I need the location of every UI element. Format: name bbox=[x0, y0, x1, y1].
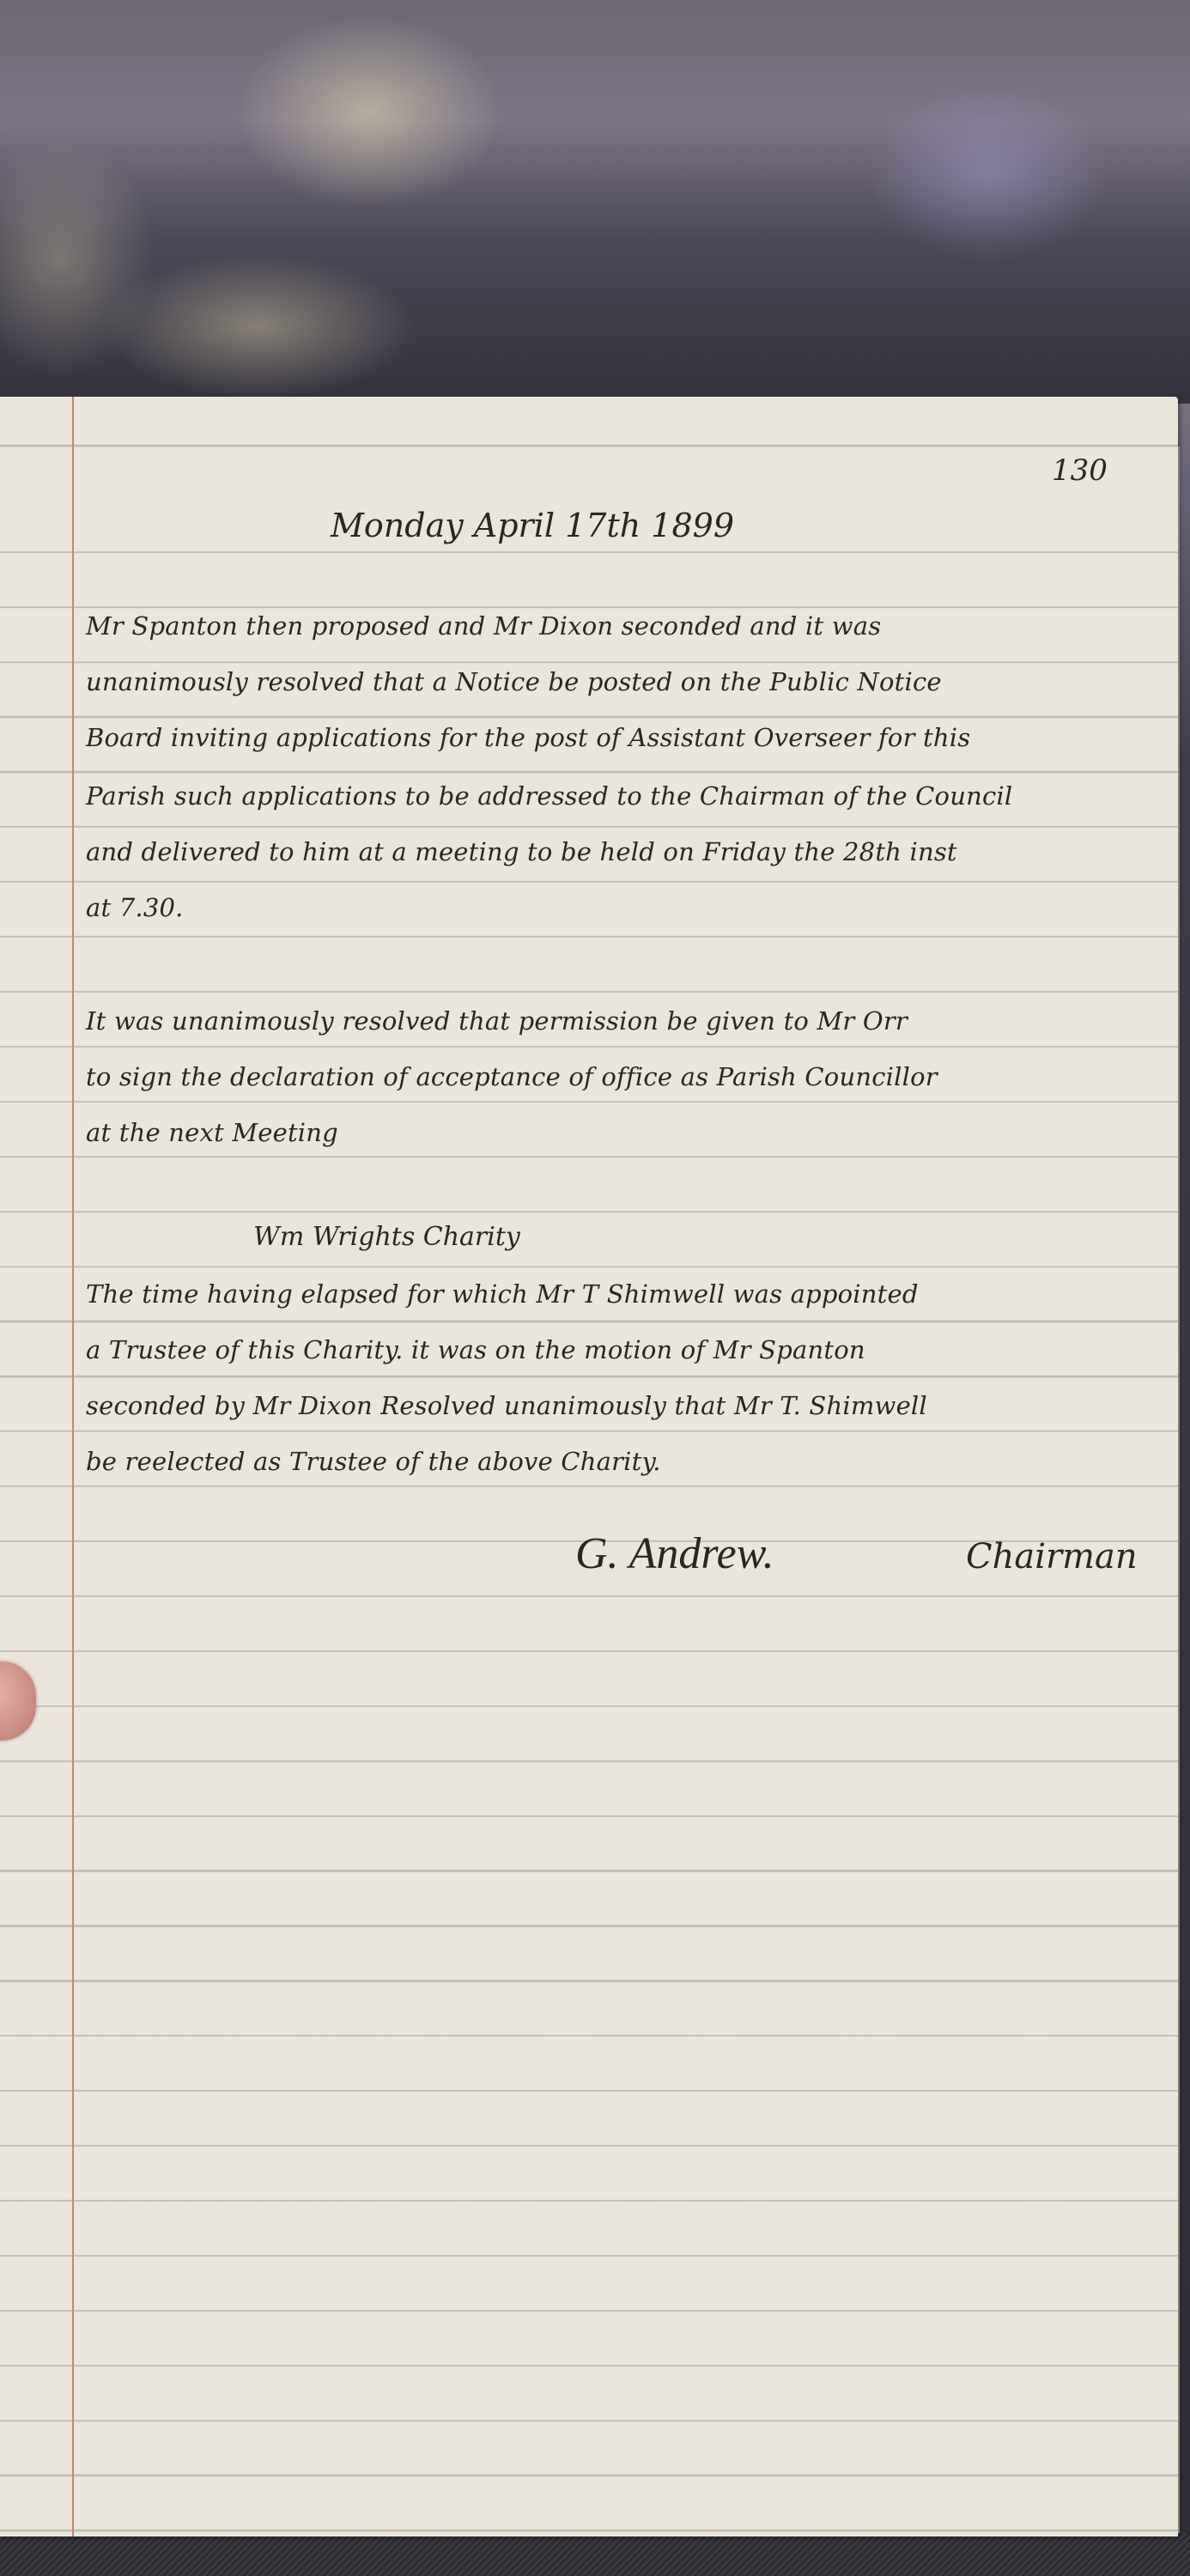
minute-line: and delivered to him at a meeting to be … bbox=[86, 837, 957, 866]
page-number: 130 bbox=[1052, 453, 1108, 488]
minute-line: be reelected as Trustee of the above Cha… bbox=[86, 1447, 661, 1476]
background-fabric-bottom bbox=[0, 2533, 1190, 2576]
signature-title: Chairman bbox=[966, 1537, 1138, 1577]
minute-line: Board inviting applications for the post… bbox=[86, 723, 970, 752]
section-heading: Wm Wrights Charity bbox=[253, 1222, 520, 1252]
minute-line: Parish such applications to be addressed… bbox=[86, 781, 1012, 811]
minute-line: at 7.30. bbox=[86, 893, 184, 922]
minute-line: to sign the declaration of acceptance of… bbox=[86, 1062, 938, 1091]
minute-line: unanimously resolved that a Notice be po… bbox=[86, 667, 942, 696]
minute-line: Mr Spanton then proposed and Mr Dixon se… bbox=[86, 611, 881, 641]
red-margin-line bbox=[72, 397, 74, 2537]
minute-line: at the next Meeting bbox=[86, 1118, 338, 1147]
chairman-signature: G. Andrew. bbox=[575, 1528, 774, 1579]
minute-line: a Trustee of this Charity. it was on the… bbox=[86, 1335, 865, 1364]
minute-line: seconded by Mr Dixon Resolved unanimousl… bbox=[86, 1391, 927, 1420]
background-fabric bbox=[0, 0, 1190, 404]
minute-line: The time having elapsed for which Mr T S… bbox=[86, 1279, 919, 1309]
date-heading: Monday April 17th 1899 bbox=[331, 507, 734, 544]
minute-line: It was unanimously resolved that permiss… bbox=[86, 1006, 908, 1036]
